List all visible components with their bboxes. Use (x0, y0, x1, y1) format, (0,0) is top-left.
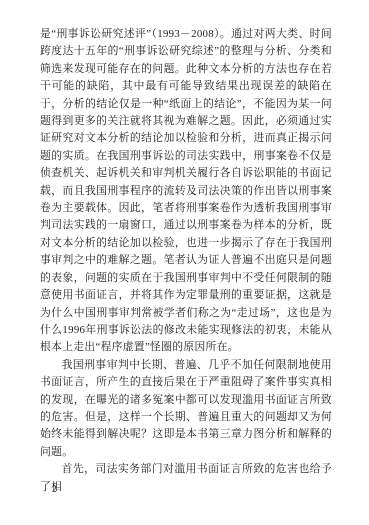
paragraph-continued: 是“刑事诉讼研究述评”（1993－2008）。通过对两大类、时间跨度达十五年的“… (40, 26, 332, 357)
body-text: 是“刑事诉讼研究述评”（1993－2008）。通过对两大类、时间跨度达十五年的“… (40, 26, 332, 496)
document-page: 是“刑事诉讼研究述评”（1993－2008）。通过对两大类、时间跨度达十五年的“… (0, 0, 369, 525)
page-number: 2 (52, 484, 57, 496)
paragraph: 我国刑事审判中长期、普遍、几乎不加任何限制地使用书面证言，所产生的直接后果在于严… (40, 357, 332, 461)
paragraph-truncated: 首先，司法实务部门对滥用书面证言所致的危害也给予了相 (40, 461, 332, 496)
